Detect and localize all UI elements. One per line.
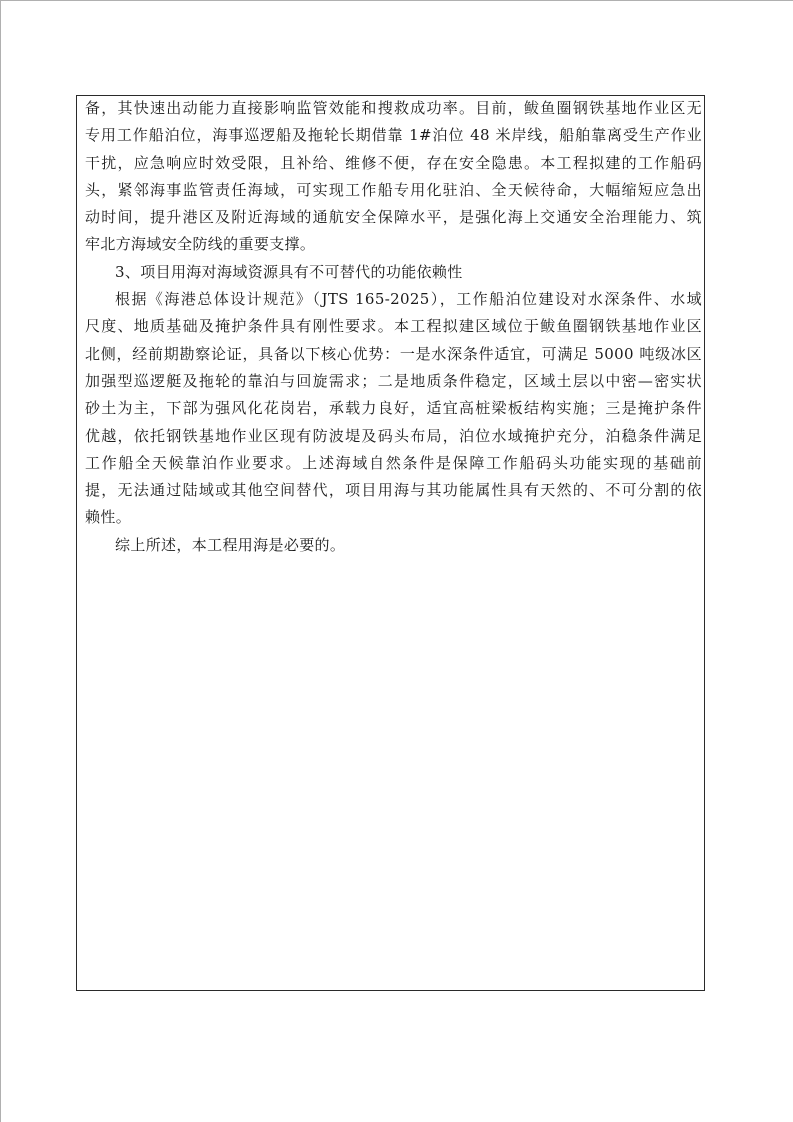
text-line: 加强型巡逻艇及拖轮的靠泊与回旋需求；二是地质条件稳定，区域土层以中密—密实状 bbox=[85, 368, 702, 395]
text-line: 砂土为主，下部为强风化花岗岩，承载力良好，适宜高桩梁板结构实施；三是掩护条件 bbox=[85, 395, 702, 422]
text-line: 尺度、地质基础及掩护条件具有刚性要求。本工程拟建区域位于鲅鱼圈钢铁基地作业区 bbox=[85, 313, 702, 340]
section-heading-3: 3、项目用海对海域资源具有不可替代的功能依赖性 bbox=[85, 259, 702, 286]
text-line: 根据《海港总体设计规范》（JTS 165-2025），工作船泊位建设对水深条件、… bbox=[85, 286, 702, 313]
text-line: 赖性。 bbox=[85, 504, 702, 531]
text-line: 专用工作船泊位，海事巡逻船及拖轮长期借靠 1#泊位 48 米岸线，船舶靠离受生产… bbox=[85, 122, 702, 149]
text-line: 动时间，提升港区及附近海域的通航安全保障水平，是强化海上交通安全治理能力、筑 bbox=[85, 204, 702, 231]
paragraph-continuation: 备，其快速出动能力直接影响监管效能和搜救成功率。目前，鲅鱼圈钢铁基地作业区无 专… bbox=[85, 95, 702, 259]
text-line: 综上所述，本工程用海是必要的。 bbox=[85, 532, 702, 559]
paragraph-basis: 根据《海港总体设计规范》（JTS 165-2025），工作船泊位建设对水深条件、… bbox=[85, 286, 702, 532]
page-edge-left bbox=[0, 0, 1, 1122]
text-line: 干扰，应急响应时效受限，且补给、维修不便，存在安全隐患。本工程拟建的工作船码 bbox=[85, 150, 702, 177]
paragraph-conclusion: 综上所述，本工程用海是必要的。 bbox=[85, 532, 702, 559]
text-line: 提，无法通过陆域或其他空间替代，项目用海与其功能属性具有天然的、不可分割的依 bbox=[85, 477, 702, 504]
document-body: 备，其快速出动能力直接影响监管效能和搜救成功率。目前，鲅鱼圈钢铁基地作业区无 专… bbox=[85, 95, 702, 559]
page-edge-top bbox=[0, 0, 793, 1]
text-line: 工作船全天候靠泊作业要求。上述海域自然条件是保障工作船码头功能实现的基础前 bbox=[85, 450, 702, 477]
text-line: 头，紧邻海事监管责任海域，可实现工作船专用化驻泊、全天候待命，大幅缩短应急出 bbox=[85, 177, 702, 204]
text-line: 优越，依托钢铁基地作业区现有防波堤及码头布局，泊位水域掩护充分，泊稳条件满足 bbox=[85, 423, 702, 450]
text-line: 备，其快速出动能力直接影响监管效能和搜救成功率。目前，鲅鱼圈钢铁基地作业区无 bbox=[85, 95, 702, 122]
text-line: 牢北方海域安全防线的重要支撑。 bbox=[85, 231, 702, 258]
heading-text: 3、项目用海对海域资源具有不可替代的功能依赖性 bbox=[85, 259, 702, 286]
text-line: 北侧，经前期勘察论证，具备以下核心优势：一是水深条件适宜，可满足 5000 吨级… bbox=[85, 341, 702, 368]
